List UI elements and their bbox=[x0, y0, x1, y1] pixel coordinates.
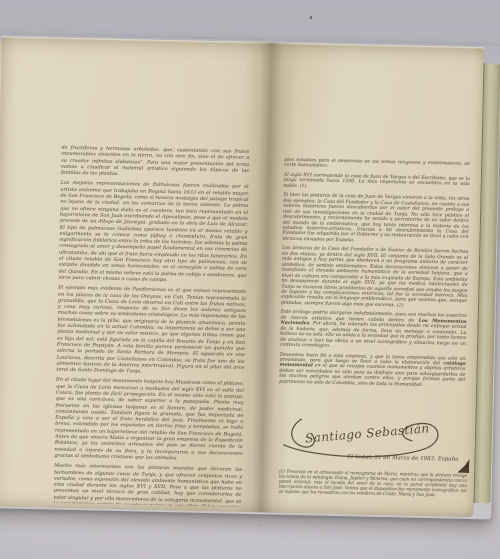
paragraph: de fructíferas y hermosas arboledas, que… bbox=[61, 145, 250, 181]
paragraph: Las pinturas de la Casa del Fundador o d… bbox=[281, 246, 468, 310]
left-page-text: de fructíferas y hermosas arboledas, que… bbox=[53, 145, 249, 507]
footnote: (1) Presenta en el artesonado el monogra… bbox=[279, 469, 468, 503]
paragraph: Las mejores representaciones de Palmácea… bbox=[58, 180, 248, 285]
paragraph: Si bien las pinturas de la casa de Juan … bbox=[282, 193, 469, 246]
paragraph: Este prólogo podría alargarse indefinida… bbox=[280, 310, 467, 352]
paragraph: Al siglo XVI corresponde la casa de Juan… bbox=[284, 173, 470, 194]
book-photo: de fructíferas y hermosas arboledas, que… bbox=[0, 0, 500, 559]
dust-speck bbox=[310, 16, 312, 19]
paragraph: El ejemplo más evidente de Pasifloráceas… bbox=[56, 285, 246, 377]
right-page-text: plos notables para el desarrollo de los … bbox=[278, 158, 470, 420]
open-book: de fructíferas y hermosas arboledas, que… bbox=[0, 34, 500, 520]
paragraph: Mucho más interesantes son las pinturas … bbox=[53, 463, 242, 507]
surface-mark bbox=[258, 524, 261, 526]
signature-name: Santiago Sebastián bbox=[305, 421, 430, 445]
paragraph: Deseamos buen fin a esta empresa, y que … bbox=[279, 352, 466, 389]
paragraph: En el citado lugar del monumento tunjano… bbox=[54, 377, 244, 463]
